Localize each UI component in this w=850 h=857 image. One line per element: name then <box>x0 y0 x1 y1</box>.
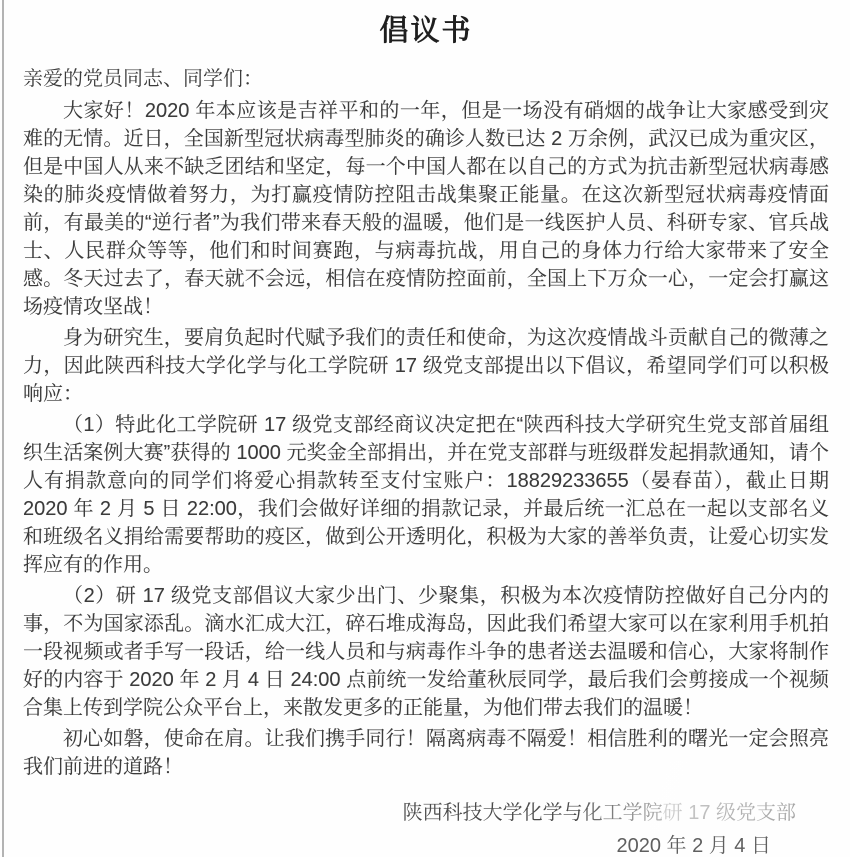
signature-branch: 研 17 级党支部 <box>663 802 796 824</box>
paragraph-proposal-2: （2）研 17 级党支部倡议大家少出门、少聚集，积极为本次疫情防控做好自己分内的… <box>23 582 829 722</box>
signature-block: 陕西科技大学化学与化工学院研 17 级党支部 2020 年 2 月 4 日 <box>23 797 829 857</box>
paragraph-call-to-action: 身为研究生，要肩负起时代赋予我们的责任和使命，为这次疫情战斗贡献自己的微薄之力，… <box>23 324 829 408</box>
paragraph-closing: 初心如磐，使命在肩。让我们携手同行！隔离病毒不隔爱！相信胜利的曙光一定会照亮我们… <box>23 725 829 781</box>
document-content: 倡议书 亲爱的党员同志、同学们： 大家好！2020 年本应该是吉祥平和的一年，但… <box>0 0 850 857</box>
salutation: 亲爱的党员同志、同学们： <box>23 65 829 93</box>
paragraph-proposal-1: （1）特此化工学院研 17 级党支部经商议决定把在“陕西科技大学研究生党支部首届… <box>23 411 829 579</box>
document-title: 倡议书 <box>23 8 829 49</box>
signature-date: 2020 年 2 月 4 日 <box>23 830 829 857</box>
signature-line: 陕西科技大学化学与化工学院研 17 级党支部 <box>23 797 829 830</box>
signature-org: 陕西科技大学化学与化工学院 <box>403 802 663 824</box>
proposal-document-page: 倡议书 亲爱的党员同志、同学们： 大家好！2020 年本应该是吉祥平和的一年，但… <box>0 0 850 857</box>
paragraph-intro: 大家好！2020 年本应该是吉祥平和的一年，但是一场没有硝烟的战争让大家感受到灾… <box>23 97 829 321</box>
